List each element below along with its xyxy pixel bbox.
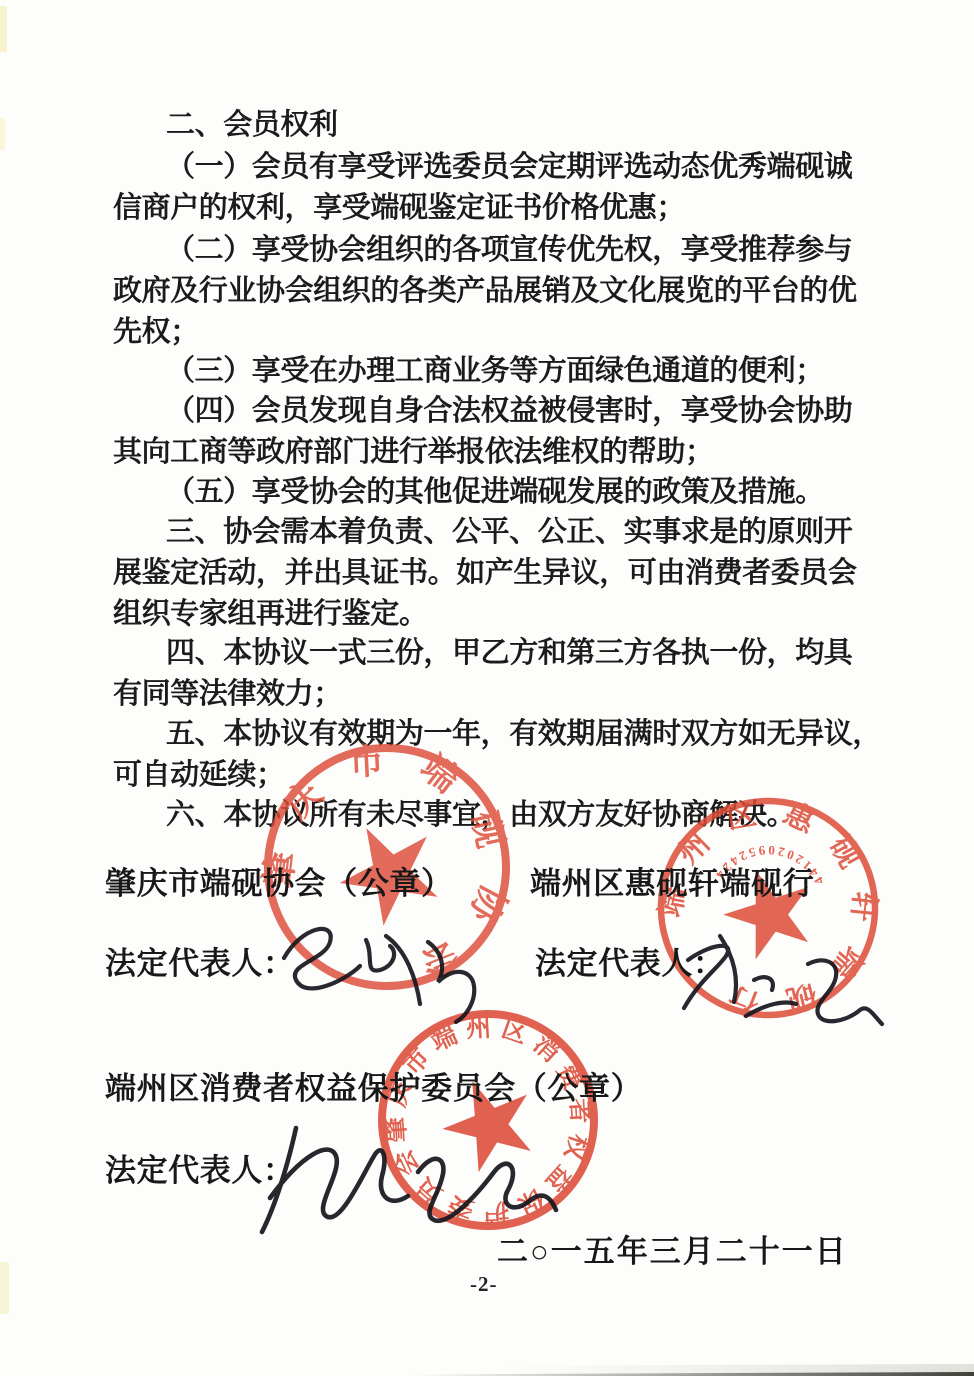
- doc-line: 展鉴定活动，并出具证书。如产生异议，可由消费者委员会: [113, 550, 857, 591]
- legal-representative-label-3: 法定代表人：: [105, 1145, 295, 1190]
- doc-line: 二、会员权利: [166, 102, 338, 143]
- doc-line: （四）会员发现自身合法权益被侵害时，享受协会协助: [166, 388, 852, 429]
- party-c-name: 端州区消费者权益保护委员会（公章）: [105, 1063, 642, 1108]
- page-number: -2-: [470, 1272, 498, 1297]
- svg-text:肇庆市端州区消费者权益保护委员会: 肇庆市端州区消费者权益保护委员会: [348, 981, 627, 1259]
- seal-ring-text: 肇庆市端州区消费者权益保护委员会: [348, 981, 627, 1259]
- legal-representative-label-1: 法定代表人：: [105, 938, 295, 983]
- doc-line: （二）享受协会组织的各项宣传优先权，享受推荐参与: [166, 227, 852, 268]
- doc-line: 政府及行业协会组织的各类产品展销及文化展览的平台的优: [113, 268, 857, 309]
- doc-line: （五）享受协会的其他促进端砚发展的政策及措施。: [166, 469, 824, 510]
- doc-line: 可自动延续；: [113, 752, 285, 793]
- party-a-name: 肇庆市端砚协会（公章）: [105, 858, 453, 903]
- party-b-name: 端州区惠砚轩端砚行: [530, 858, 814, 903]
- scanned-document-page: 二、会员权利 （一）会员有享受评选委员会定期评选动态优秀端砚诚 信商户的权利，享…: [0, 0, 974, 1376]
- doc-line: 其向工商等政府部门进行举报依法维权的帮助；: [113, 429, 714, 470]
- document-date: 二○一五年三月二十一日: [497, 1226, 848, 1271]
- scan-edge-line: [410, 1372, 974, 1376]
- scan-edge-artifact: [0, 118, 5, 150]
- handwritten-signature-1: [268, 908, 498, 1033]
- doc-line: 五、本协议有效期为一年，有效期届满时双方如无异议，: [166, 711, 881, 752]
- doc-line: （一）会员有享受评选委员会定期评选动态优秀端砚诚: [166, 144, 852, 185]
- scan-edge-artifact: [0, 6, 7, 52]
- scan-edge-artifact: [0, 1262, 9, 1314]
- doc-line: 先权；: [113, 309, 199, 350]
- legal-representative-label-2: 法定代表人：: [535, 938, 725, 983]
- doc-line: 三、协会需本着负责、公平、公正、实事求是的原则开: [166, 509, 852, 550]
- doc-line: 六、本协议所有未尽事宜，由双方友好协商解决。: [166, 792, 795, 833]
- doc-line: 组织专家组再进行鉴定。: [113, 591, 428, 632]
- doc-line: 四、本协议一式三份，甲乙方和第三方各执一份，均具: [166, 630, 852, 671]
- doc-line: 信商户的权利，享受端砚鉴定证书价格优惠；: [113, 185, 685, 226]
- doc-line: （三）享受在办理工商业务等方面绿色通道的便利；: [166, 348, 824, 389]
- doc-line: 有同等法律效力；: [113, 671, 342, 712]
